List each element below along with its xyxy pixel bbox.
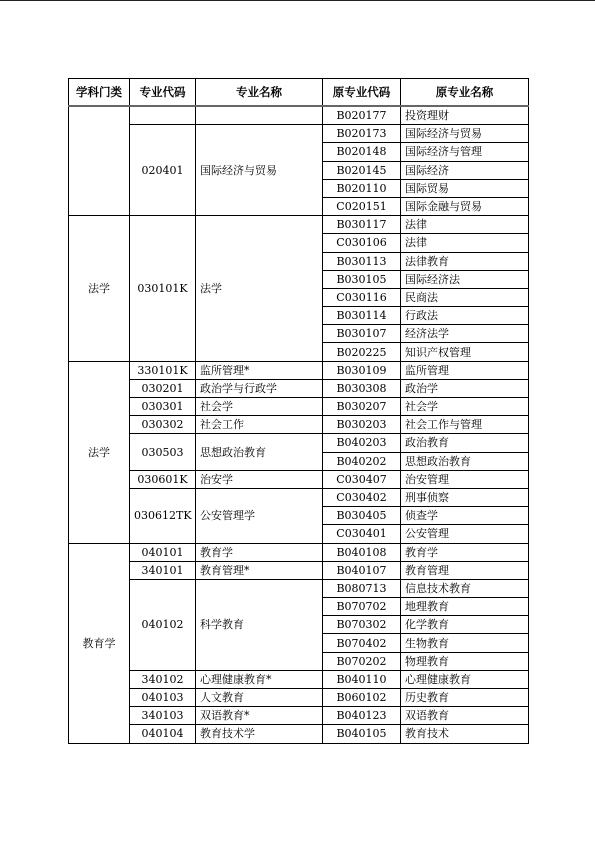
major-name-cell: 社会学 (196, 398, 323, 416)
old-name-cell: 监所管理 (401, 361, 529, 379)
old-code-cell: B020177 (323, 106, 401, 125)
old-code-cell: B070202 (323, 652, 401, 670)
header-major-code: 专业代码 (130, 79, 196, 107)
major-code-cell: 040104 (130, 725, 196, 743)
old-code-cell: B030109 (323, 361, 401, 379)
category-cell (69, 106, 130, 216)
old-name-cell: 公安管理 (401, 525, 529, 543)
header-old-code: 原专业代码 (323, 79, 401, 107)
major-code-cell: 030201 (130, 379, 196, 397)
major-name-cell: 法学 (196, 216, 323, 362)
old-name-cell: 侦查学 (401, 507, 529, 525)
old-name-cell: 社会工作与管理 (401, 416, 529, 434)
old-code-cell: B040105 (323, 725, 401, 743)
old-name-cell: 思想政治教育 (401, 452, 529, 470)
old-code-cell: B030405 (323, 507, 401, 525)
major-name-cell: 治安学 (196, 470, 323, 488)
old-code-cell: B030203 (323, 416, 401, 434)
table-row: 040102科学教育B080713信息技术教育 (69, 579, 529, 597)
old-name-cell: 教育学 (401, 543, 529, 561)
header-old-name: 原专业名称 (401, 79, 529, 107)
major-code-cell: 340101 (130, 561, 196, 579)
old-name-cell: 国际经济与贸易 (401, 125, 529, 143)
table-row: 340102心理健康教育*B040110心理健康教育 (69, 670, 529, 688)
category-cell: 法学 (69, 216, 130, 362)
old-code-cell: C030402 (323, 488, 401, 506)
major-code-cell: 040101 (130, 543, 196, 561)
major-name-cell: 双语教育* (196, 707, 323, 725)
major-name-cell: 教育技术学 (196, 725, 323, 743)
old-code-cell: B030207 (323, 398, 401, 416)
major-name-cell (196, 106, 323, 125)
old-code-cell: B030113 (323, 252, 401, 270)
old-code-cell: B030117 (323, 216, 401, 234)
old-code-cell: B080713 (323, 579, 401, 597)
major-name-cell: 科学教育 (196, 579, 323, 670)
old-code-cell: B040110 (323, 670, 401, 688)
old-code-cell: B070402 (323, 634, 401, 652)
old-name-cell: 国际经济法 (401, 270, 529, 288)
old-name-cell: 国际经济与管理 (401, 143, 529, 161)
major-code-cell: 340103 (130, 707, 196, 725)
major-code-cell: 030301 (130, 398, 196, 416)
old-name-cell: 教育管理 (401, 561, 529, 579)
old-code-cell: C030407 (323, 470, 401, 488)
category-cell: 教育学 (69, 543, 130, 743)
table-row: 030302社会工作B030203社会工作与管理 (69, 416, 529, 434)
page-top-rule (0, 0, 595, 1)
old-name-cell: 民商法 (401, 288, 529, 306)
major-name-cell: 教育学 (196, 543, 323, 561)
old-code-cell: B040123 (323, 707, 401, 725)
table-row: 030503思想政治教育B040203政治教育 (69, 434, 529, 452)
old-code-cell: B030114 (323, 307, 401, 325)
header-category: 学科门类 (69, 79, 130, 107)
major-code-cell: 030503 (130, 434, 196, 470)
major-code-cell: 030601K (130, 470, 196, 488)
table-row: 030601K治安学C030407治安管理 (69, 470, 529, 488)
major-code-cell: 030302 (130, 416, 196, 434)
old-name-cell: 国际经济 (401, 161, 529, 179)
old-code-cell: B040107 (323, 561, 401, 579)
table-body: B020177投资理财020401国际经济与贸易B020173国际经济与贸易B0… (69, 106, 529, 743)
old-name-cell: 法律教育 (401, 252, 529, 270)
old-code-cell: B070302 (323, 616, 401, 634)
header-major-name: 专业名称 (196, 79, 323, 107)
major-code-cell (130, 106, 196, 125)
old-code-cell: B020145 (323, 161, 401, 179)
old-code-cell: B020110 (323, 179, 401, 197)
table-row: 030201政治学与行政学B030308政治学 (69, 379, 529, 397)
major-code-cell: 030101K (130, 216, 196, 362)
old-name-cell: 化学教育 (401, 616, 529, 634)
old-code-cell: C020151 (323, 197, 401, 215)
major-code-cell: 330101K (130, 361, 196, 379)
old-name-cell: 生物教育 (401, 634, 529, 652)
old-name-cell: 政治学 (401, 379, 529, 397)
table-row: 法学030101K法学B030117法律 (69, 216, 529, 234)
table-row: 020401国际经济与贸易B020173国际经济与贸易 (69, 125, 529, 143)
old-code-cell: B030107 (323, 325, 401, 343)
old-name-cell: 教育技术 (401, 725, 529, 743)
table-row: B020177投资理财 (69, 106, 529, 125)
major-name-cell: 教育管理* (196, 561, 323, 579)
old-code-cell: C030106 (323, 234, 401, 252)
old-name-cell: 法律 (401, 216, 529, 234)
old-name-cell: 投资理财 (401, 106, 529, 125)
old-name-cell: 知识产权管理 (401, 343, 529, 361)
major-name-cell: 人文教育 (196, 689, 323, 707)
old-name-cell: 物理教育 (401, 652, 529, 670)
old-name-cell: 社会学 (401, 398, 529, 416)
old-code-cell: C030116 (323, 288, 401, 306)
major-name-cell: 心理健康教育* (196, 670, 323, 688)
category-cell: 法学 (69, 361, 130, 543)
major-name-cell: 社会工作 (196, 416, 323, 434)
major-mapping-table: 学科门类 专业代码 专业名称 原专业代码 原专业名称 B020177投资理财02… (68, 78, 529, 744)
table-header-row: 学科门类 专业代码 专业名称 原专业代码 原专业名称 (69, 79, 529, 107)
table-row: 340101教育管理*B040107教育管理 (69, 561, 529, 579)
major-name-cell: 思想政治教育 (196, 434, 323, 470)
old-name-cell: 政治教育 (401, 434, 529, 452)
old-code-cell: C030401 (323, 525, 401, 543)
table-row: 040103人文教育B060102历史教育 (69, 689, 529, 707)
old-name-cell: 心理健康教育 (401, 670, 529, 688)
old-name-cell: 历史教育 (401, 689, 529, 707)
table-row: 法学330101K监所管理*B030109监所管理 (69, 361, 529, 379)
old-name-cell: 经济法学 (401, 325, 529, 343)
major-code-cell: 340102 (130, 670, 196, 688)
major-name-cell: 监所管理* (196, 361, 323, 379)
table-row: 030301社会学B030207社会学 (69, 398, 529, 416)
old-name-cell: 国际金融与贸易 (401, 197, 529, 215)
old-name-cell: 国际贸易 (401, 179, 529, 197)
old-code-cell: B040202 (323, 452, 401, 470)
old-name-cell: 治安管理 (401, 470, 529, 488)
old-code-cell: B040203 (323, 434, 401, 452)
major-code-cell: 040102 (130, 579, 196, 670)
table-row: 030612TK公安管理学C030402刑事侦察 (69, 488, 529, 506)
table-row: 教育学040101教育学B040108教育学 (69, 543, 529, 561)
old-code-cell: B060102 (323, 689, 401, 707)
old-code-cell: B020148 (323, 143, 401, 161)
old-code-cell: B070702 (323, 598, 401, 616)
old-name-cell: 行政法 (401, 307, 529, 325)
old-code-cell: B040108 (323, 543, 401, 561)
old-code-cell: B020173 (323, 125, 401, 143)
major-code-cell: 020401 (130, 125, 196, 216)
old-name-cell: 地理教育 (401, 598, 529, 616)
old-code-cell: B030105 (323, 270, 401, 288)
table-row: 340103双语教育*B040123双语教育 (69, 707, 529, 725)
old-code-cell: B030308 (323, 379, 401, 397)
major-name-cell: 国际经济与贸易 (196, 125, 323, 216)
old-name-cell: 法律 (401, 234, 529, 252)
major-name-cell: 公安管理学 (196, 488, 323, 543)
table-row: 040104教育技术学B040105教育技术 (69, 725, 529, 743)
old-name-cell: 信息技术教育 (401, 579, 529, 597)
major-code-cell: 030612TK (130, 488, 196, 543)
old-code-cell: B020225 (323, 343, 401, 361)
old-name-cell: 双语教育 (401, 707, 529, 725)
major-code-cell: 040103 (130, 689, 196, 707)
old-name-cell: 刑事侦察 (401, 488, 529, 506)
major-name-cell: 政治学与行政学 (196, 379, 323, 397)
